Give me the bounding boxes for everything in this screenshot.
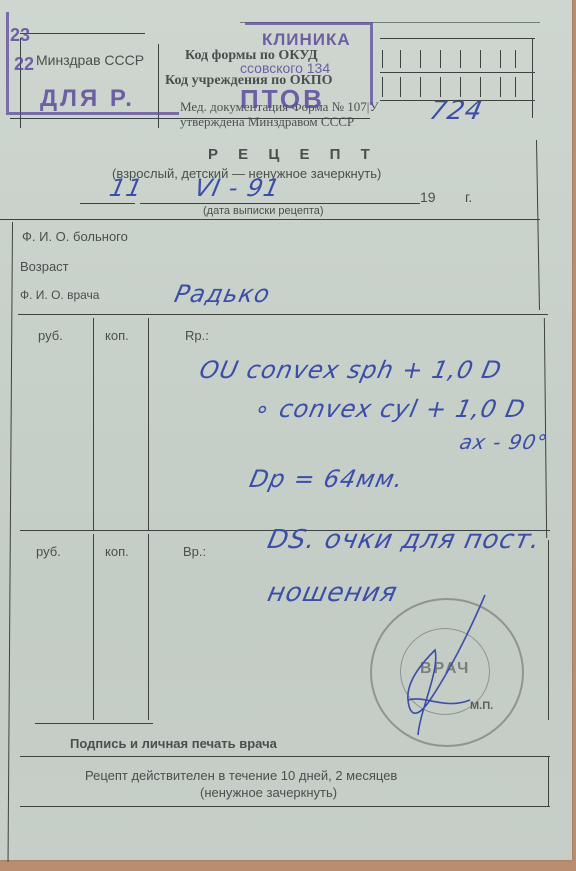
stamp-number-22: 22 (14, 54, 34, 75)
section2-rub-label: руб. (36, 544, 61, 559)
rx-line-axis: ax - 90° (457, 430, 550, 454)
section2-rp-label: Вр.: (183, 544, 206, 559)
year-suffix: г. (465, 189, 472, 205)
clinic-stamp-code: ПТОВ (240, 84, 325, 115)
title-bottom-rule (0, 219, 540, 220)
form-left-border (8, 222, 13, 862)
date-day-line (80, 203, 135, 204)
signature-bottom-rule (20, 756, 550, 757)
validity-line: Рецепт действителен в течение 10 дней, 2… (85, 768, 397, 783)
rx-line-usage: DS. очки для пост. (265, 525, 544, 555)
validity-note: (ненужное зачеркнуть) (200, 785, 337, 800)
date-month-line (140, 203, 420, 204)
age-label: Возраст (20, 259, 69, 274)
section2-kop-label: коп. (105, 544, 129, 559)
section1-rp-label: Rp.: (185, 328, 209, 343)
patient-name-label: Ф. И. О. больного (22, 229, 128, 244)
clinic-stamp-title: КЛИНИКА (262, 30, 351, 50)
doctor-signature (390, 590, 500, 740)
form-right-border-lower (548, 540, 549, 720)
stamp-for-rx-text: ДЛЯ Р. (40, 85, 135, 113)
approved-label: утверждена Минздравом СССР (180, 114, 354, 130)
prescription-form: Минздрав СССР Код формы по ОКУД Код учре… (0, 0, 572, 860)
rx-line-sphere: OU convex sph + 1,0 D (197, 356, 505, 384)
page-title: Р Е Ц Е П Т (208, 146, 378, 163)
footer-bottom-rule (20, 806, 550, 807)
section2-bottom-rule (35, 723, 153, 724)
year-prefix: 19 (420, 189, 436, 205)
section1-kop-divider (148, 318, 149, 530)
section2-rub-divider (93, 534, 94, 720)
section1-rub-label: руб. (38, 328, 63, 343)
rx-line-usage-cont: ношения (265, 578, 401, 608)
clinic-stamp-address: ссовского 134 (240, 60, 330, 76)
fields-bottom-rule (18, 314, 548, 315)
section1-kop-label: коп. (105, 328, 129, 343)
rx-line-pupillary-distance: Dp = 64мм. (247, 465, 406, 493)
date-month-year-value: VI - 91 (192, 174, 283, 202)
signature-label: Подпись и личная печать врача (70, 736, 277, 751)
section2-kop-divider (148, 534, 149, 720)
date-caption: (дата выписки рецепта) (203, 205, 324, 217)
footer-right-border (548, 756, 549, 806)
form-right-border-upper (536, 140, 540, 310)
rx-line-cylinder: ∘ convex cyl + 1,0 D (252, 395, 528, 423)
doctor-name-value: Радько (172, 280, 273, 308)
section1-rub-divider (93, 318, 94, 530)
date-day-value: 11 (107, 174, 145, 202)
stamp-number-23: 23 (10, 25, 30, 46)
doctor-name-label: Ф. И. О. врача (20, 288, 99, 302)
form-right-border-middle (544, 318, 547, 538)
